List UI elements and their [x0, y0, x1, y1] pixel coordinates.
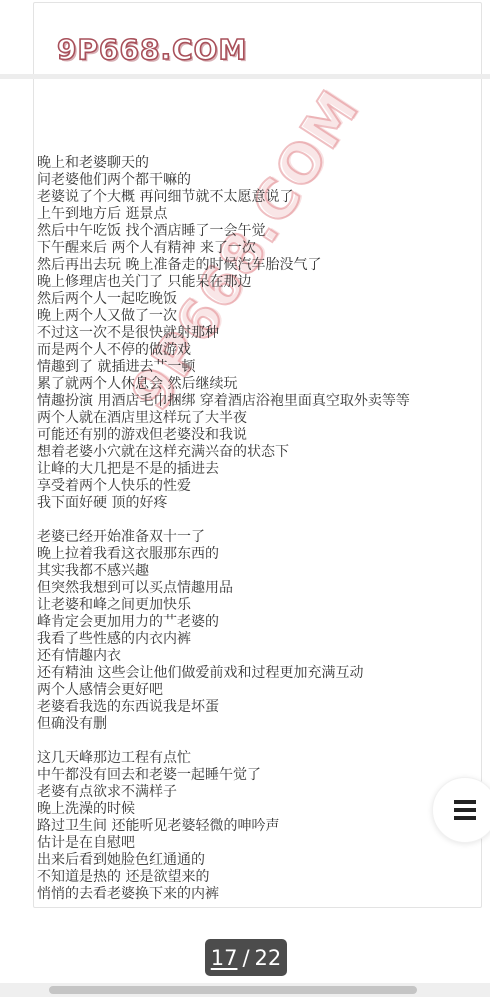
text-line: 不过这一次不是很快就射那种: [37, 325, 469, 342]
text-line: 出来后看到她脸色红通通的: [37, 852, 469, 869]
text-line: 还有精油 这些会让他们做爱前戏和过程更加充满互动: [37, 665, 469, 682]
text-line: 上午到地方后 逛景点: [37, 206, 469, 223]
text-line: 老婆看我选的东西说我是坏蛋: [37, 699, 469, 716]
text-line: 下午醒来后 两个人有精神 来了一次: [37, 240, 469, 257]
text-line: 让峰的大几把是不是的插进去: [37, 461, 469, 478]
text-line: 而是两个人不停的做游戏: [37, 342, 469, 359]
page-indicator[interactable]: 17 / 22: [205, 939, 287, 976]
text-line: 但确没有删: [37, 716, 469, 733]
text-line: 然后再出去玩 晚上准备走的时候汽车胎没气了: [37, 257, 469, 274]
text-line: 不知道是热的 还是欲望来的: [37, 869, 469, 886]
text-line: 这几天峰那边工程有点忙: [37, 750, 469, 767]
page-separator: /: [242, 946, 249, 970]
text-line: 两个人就在酒店里这样玩了大半夜: [37, 410, 469, 427]
text-line: 然后中午吃饭 找个酒店睡了一会午觉: [37, 223, 469, 240]
text-line: 老婆已经开始准备双十一了: [37, 529, 469, 546]
text-line: 问老婆他们两个都干嘛的: [37, 172, 469, 189]
paragraph: 老婆已经开始准备双十一了晚上拉着我看这衣服那东西的其实我都不感兴趣但突然我想到可…: [37, 529, 469, 733]
text-line: 晚上两个人又做了一次: [37, 308, 469, 325]
text-line: 峰肯定会更加用力的艹老婆的: [37, 614, 469, 631]
paragraph: 晚上和老婆聊天的问老婆他们两个都干嘛的老婆说了个大概 再问细节就不太愿意说了上午…: [37, 155, 469, 512]
text-line: 晚上和老婆聊天的: [37, 155, 469, 172]
text-line: 享受着两个人快乐的性爱: [37, 478, 469, 495]
text-line: 还有情趣内衣: [37, 648, 469, 665]
text-line: 晚上拉着我看这衣服那东西的: [37, 546, 469, 563]
text-line: 晚上修理店也关门了 只能呆在那边: [37, 274, 469, 291]
text-line: 估计是在自慰吧: [37, 835, 469, 852]
text-line: 老婆说了个大概 再问细节就不太愿意说了: [37, 189, 469, 206]
hamburger-menu-icon: [454, 808, 476, 812]
page-total: 22: [255, 946, 282, 970]
text-line: 但突然我想到可以买点情趣用品: [37, 580, 469, 597]
hamburger-menu-icon: [454, 800, 476, 804]
text-line: 然后两个人一起吃晚饭: [37, 291, 469, 308]
text-line: 其实我都不感兴趣: [37, 563, 469, 580]
menu-fab-button[interactable]: [432, 777, 490, 843]
text-line: 可能还有别的游戏但老婆没和我说: [37, 427, 469, 444]
text-line: 想着老婆小穴就在这样充满兴奋的状态下: [37, 444, 469, 461]
text-line: 两个人感情会更好吧: [37, 682, 469, 699]
site-logo: 9P668.COM: [57, 33, 247, 66]
text-line: 情趣扮演 用酒店毛巾捆绑 穿着酒店浴袍里面真空取外卖等等: [37, 393, 469, 410]
text-line: 老婆有点欲求不满样子: [37, 784, 469, 801]
scrollbar-thumb[interactable]: [49, 986, 417, 994]
bottom-scrollbar-track: [0, 983, 490, 997]
paragraph: 这几天峰那边工程有点忙中午都没有回去和老婆一起睡午觉了老婆有点欲求不满样子晚上洗…: [37, 750, 469, 903]
text-line: 晚上洗澡的时候: [37, 801, 469, 818]
text-line: 情趣到了 就插进去艹一顿: [37, 359, 469, 376]
text-line: 让老婆和峰之间更加快乐: [37, 597, 469, 614]
text-line: 路过卫生间 还能听见老婆轻微的呻吟声: [37, 818, 469, 835]
text-line: 累了就两个人休息会 然后继续玩: [37, 376, 469, 393]
header-divider: [0, 74, 490, 79]
text-line: 我看了些性感的内衣内裤: [37, 631, 469, 648]
article-text: 晚上和老婆聊天的问老婆他们两个都干嘛的老婆说了个大概 再问细节就不太愿意说了上午…: [37, 155, 469, 903]
hamburger-menu-icon: [454, 816, 476, 820]
text-line: 中午都没有回去和老婆一起睡午觉了: [37, 767, 469, 784]
text-line: 我下面好硬 顶的好疼: [37, 495, 469, 512]
text-line: 悄悄的去看老婆换下来的内裤: [37, 886, 469, 903]
page-current[interactable]: 17: [211, 946, 238, 970]
